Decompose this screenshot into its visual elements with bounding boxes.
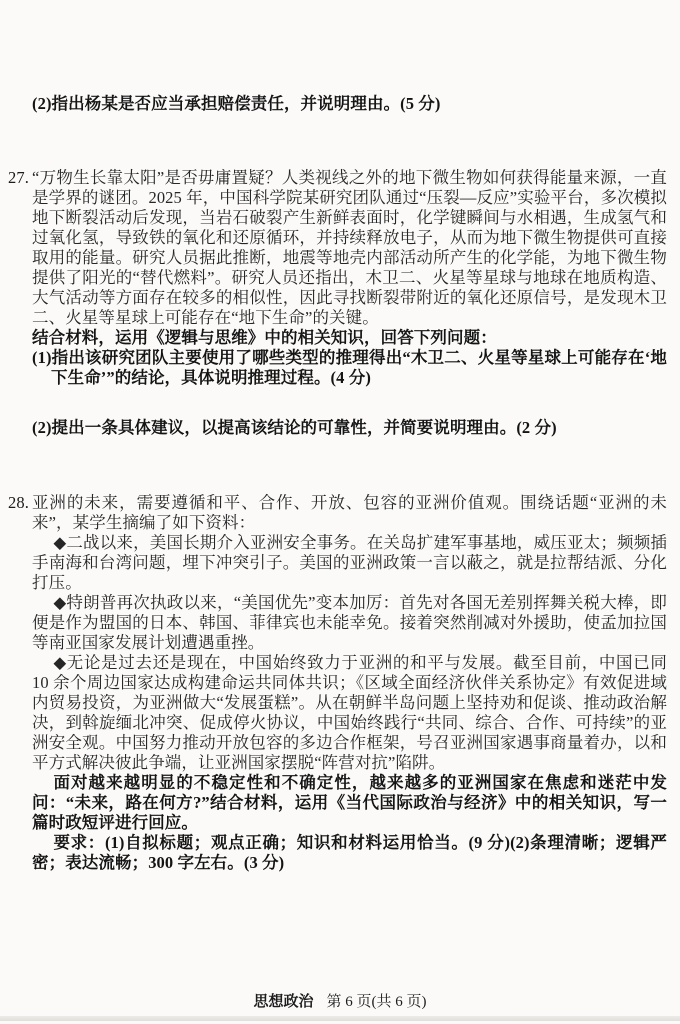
question-28-intro-paragraph: 28.亚洲的未来，需要遵循和平、合作、开放、包容的亚洲价值观。围绕话题“亚洲的未… — [32, 493, 667, 533]
question-28-intro: 亚洲的未来，需要遵循和平、合作、开放、包容的亚洲价值观。围绕话题“亚洲的未来”，… — [32, 493, 667, 532]
question-27-part2: (2)提出一条具体建议，以提高该结论的可靠性，并简要说明理由。(2 分) — [32, 418, 667, 438]
question-28-bullet-1: ◆二战以来，美国长期介入亚洲安全事务。在关岛扩建军事基地，威压亚太；频频插手南海… — [32, 533, 667, 593]
question-26-part2-text: (2)指出杨某是否应当承担赔偿责任，并说明理由。(5 分) — [32, 94, 667, 114]
footer-page-number: 第 6 页(共 6 页) — [327, 993, 427, 1011]
question-27-instruction: 结合材料，运用《逻辑与思维》中的相关知识，回答下列问题： — [32, 328, 667, 348]
exam-page: { "q26_part2": "(2)指出杨某是否应当承担赔偿责任，并说明理由。… — [0, 0, 680, 1024]
question-27-number: 27. — [8, 168, 29, 188]
question-27: 27.“万物生长靠太阳”是否毋庸置疑？人类视线之外的地下微生物如何获得能量来源，… — [8, 168, 667, 438]
question-27-material: “万物生长靠太阳”是否毋庸置疑？人类视线之外的地下微生物如何获得能量来源，一直是… — [32, 168, 667, 327]
question-27-material-paragraph: 27.“万物生长靠太阳”是否毋庸置疑？人类视线之外的地下微生物如何获得能量来源，… — [32, 168, 667, 328]
question-28-bullet-3: ◆无论是过去还是现在，中国始终致力于亚洲的和平与发展。截至目前，中国已同 10 … — [32, 653, 667, 773]
question-28-requirements: 要求：(1)自拟标题；观点正确；知识和材料运用恰当。(9 分)(2)条理清晰；逻… — [32, 833, 667, 873]
question-28-bullet-2: ◆特朗普再次执政以来，“美国优先”变本加厉：首先对各国无差别挥舞关税大棒，即便是… — [32, 593, 667, 653]
page-footer: 思想政治 第 6 页(共 6 页) — [0, 993, 680, 1011]
question-28-task: 面对越来越明显的不稳定性和不确定性，越来越多的亚洲国家在焦虑和迷茫中发问：“未来… — [32, 773, 667, 833]
scan-bottom-edge — [0, 1016, 680, 1021]
question-26-part2: (2)指出杨某是否应当承担赔偿责任，并说明理由。(5 分) — [8, 94, 667, 114]
question-28: 28.亚洲的未来，需要遵循和平、合作、开放、包容的亚洲价值观。围绕话题“亚洲的未… — [8, 493, 667, 873]
footer-subject: 思想政治 — [253, 993, 313, 1011]
question-27-part1: (1)指出该研究团队主要使用了哪些类型的推理得出“木卫二、火星等星球上可能存在‘… — [32, 348, 667, 388]
question-28-number: 28. — [8, 493, 29, 513]
